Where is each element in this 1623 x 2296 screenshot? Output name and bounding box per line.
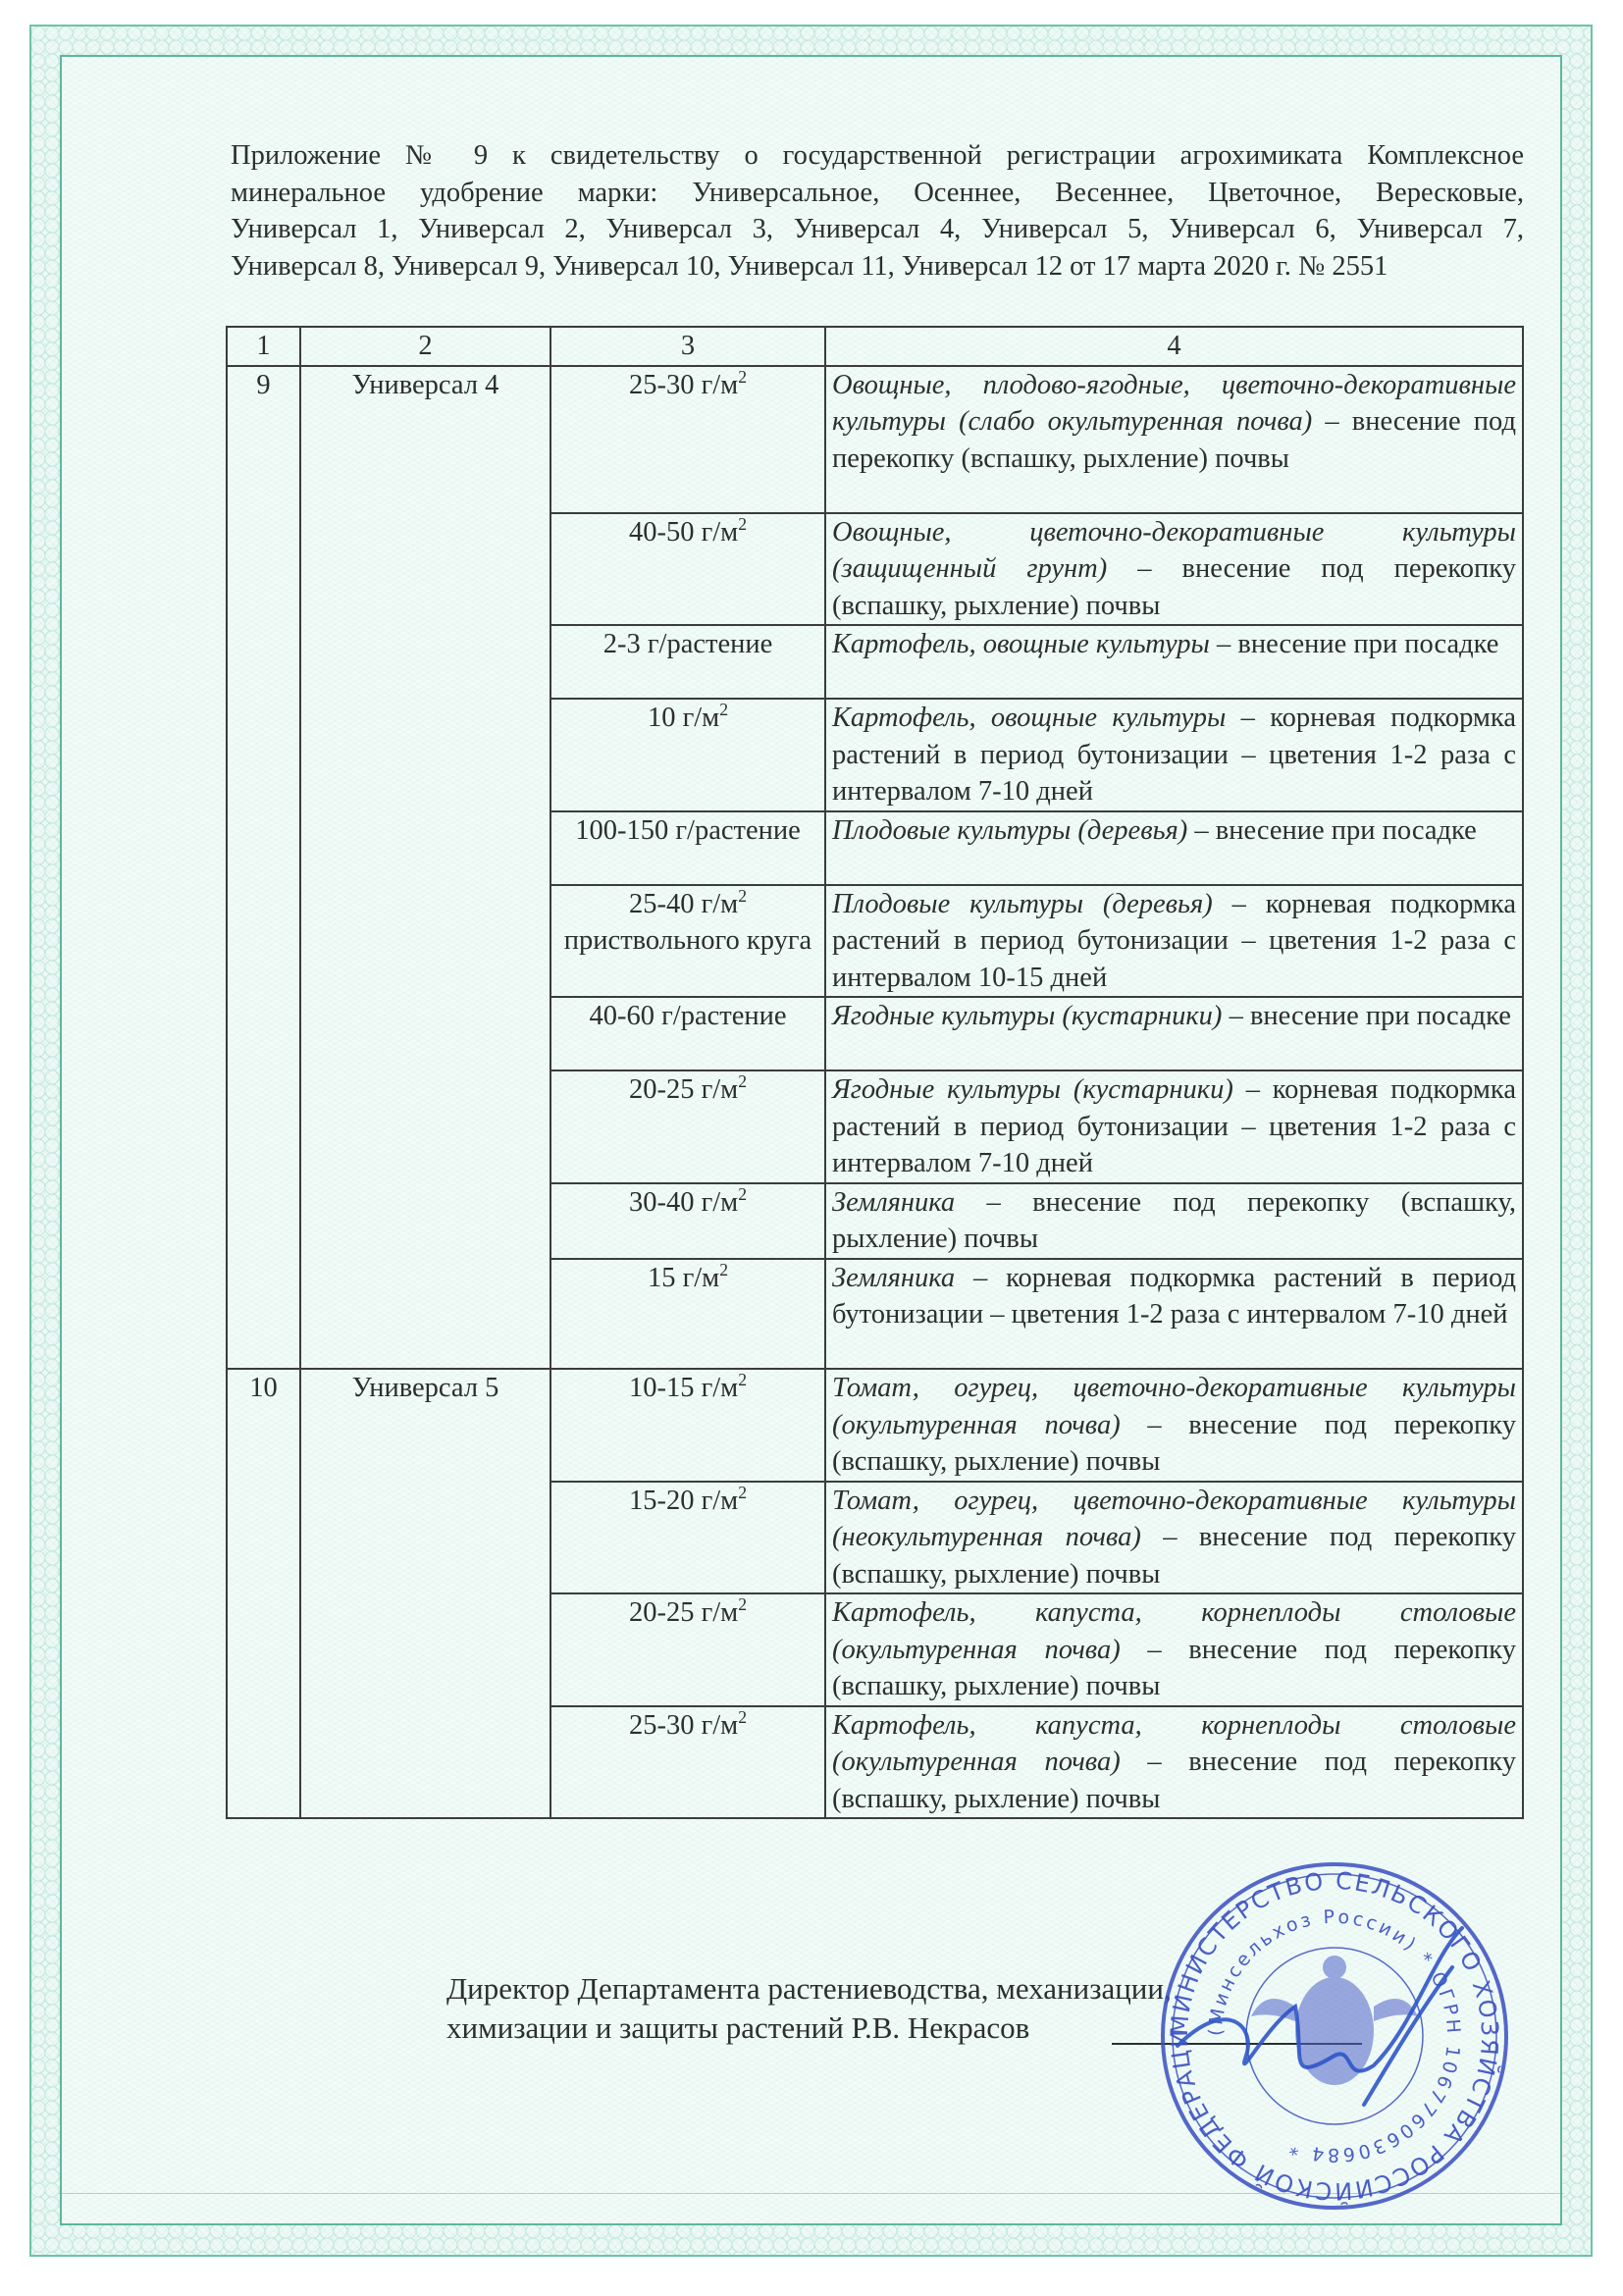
column-header: 1 (227, 327, 300, 366)
dose-cell: 25-30 г/м2 (550, 1706, 825, 1819)
dose-cell: 40-50 г/м2 (550, 513, 825, 626)
header-line: Универсал 8, Универсал 9, Универсал 10, … (231, 248, 1524, 286)
application-description: Картофель, капуста, корнеплоды столовые … (825, 1593, 1523, 1706)
table-row: 10Универсал 510-15 г/м2Томат, огурец, цв… (227, 1369, 1523, 1482)
dose-cell: 25-40 г/м2приствольного круга (550, 885, 825, 998)
application-description: Картофель, овощные культуры – корневая п… (825, 699, 1523, 811)
document-header: Приложение № 9 к свидетельству о государ… (231, 137, 1524, 285)
application-rates-table: 1 2 3 4 9Универсал 425-30 г/м2Овощные, п… (226, 326, 1524, 1819)
dose-cell: 30-40 г/м2 (550, 1183, 825, 1259)
application-description: Овощные, плодово-ягодные, цветочно-декор… (825, 366, 1523, 513)
dose-cell: 20-25 г/м2 (550, 1070, 825, 1183)
brand-name: Универсал 5 (300, 1369, 550, 1818)
application-description: Картофель, овощные культуры – внесение п… (825, 625, 1523, 699)
application-description: Плодовые культуры (деревья) – внесение п… (825, 811, 1523, 885)
column-header: 4 (825, 327, 1523, 366)
dose-cell: 10 г/м2 (550, 699, 825, 811)
header-line: Приложение № 9 к свидетельству о государ… (231, 137, 1524, 175)
dose-cell: 100-150 г/растение (550, 811, 825, 885)
dose-cell: 25-30 г/м2 (550, 366, 825, 513)
application-description: Овощные, цветочно-декоративные культуры … (825, 513, 1523, 626)
application-description: Плодовые культуры (деревья) – корневая п… (825, 885, 1523, 998)
application-description: Ягодные культуры (кустарники) – корневая… (825, 1070, 1523, 1183)
header-line: минеральное удобрение марки: Универсальн… (231, 175, 1524, 212)
dose-cell: 2-3 г/растение (550, 625, 825, 699)
signatory-name: химизации и защиты растений Р.В. Некрасо… (446, 2009, 1172, 2048)
group-number: 10 (227, 1369, 300, 1818)
application-description: Ягодные культуры (кустарники) – внесение… (825, 997, 1523, 1070)
application-description: Томат, огурец, цветочно-декоративные кул… (825, 1369, 1523, 1482)
signatory-title: Директор Департамента растениеводства, м… (446, 1969, 1172, 2009)
dose-cell: 15-20 г/м2 (550, 1482, 825, 1594)
dose-cell: 20-25 г/м2 (550, 1593, 825, 1706)
application-description: Земляника – корневая подкормка растений … (825, 1259, 1523, 1370)
dose-cell: 15 г/м2 (550, 1259, 825, 1370)
official-seal-icon: МИНИСТЕРСТВО СЕЛЬСКОГО ХОЗЯЙСТВА РОССИЙС… (1138, 1859, 1531, 2213)
group-number: 9 (227, 366, 300, 1370)
signature-block: Директор Департамента растениеводства, м… (446, 1969, 1172, 2048)
dose-cell: 40-60 г/растение (550, 997, 825, 1070)
brand-name: Универсал 4 (300, 366, 550, 1370)
column-header: 3 (550, 327, 825, 366)
header-line: Универсал 1, Универсал 2, Универсал 3, У… (231, 211, 1524, 248)
dose-cell: 10-15 г/м2 (550, 1369, 825, 1482)
table-header-row: 1 2 3 4 (227, 327, 1523, 366)
column-header: 2 (300, 327, 550, 366)
application-description: Томат, огурец, цветочно-декоративные кул… (825, 1482, 1523, 1594)
application-description: Земляника – внесение под перекопку (вспа… (825, 1183, 1523, 1259)
table-row: 9Универсал 425-30 г/м2Овощные, плодово-я… (227, 366, 1523, 513)
application-description: Картофель, капуста, корнеплоды столовые … (825, 1706, 1523, 1819)
